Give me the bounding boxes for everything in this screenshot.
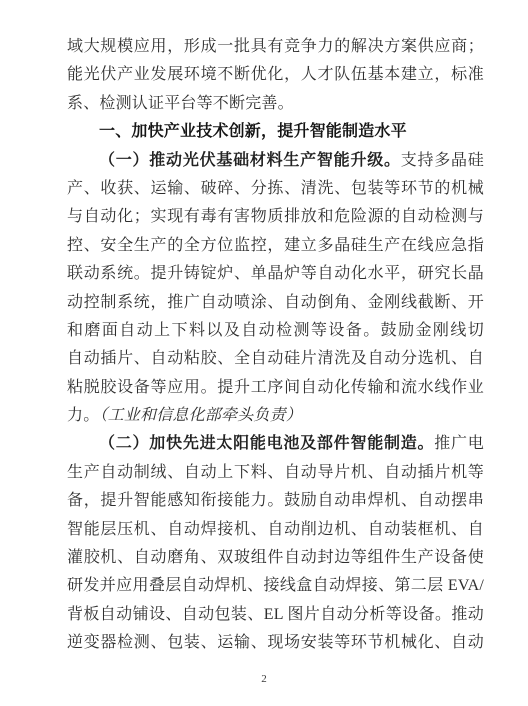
item-lead-sentence: （二）加快先进太阳能电池及部件智能制造。 <box>99 435 434 452</box>
page-number: 2 <box>0 672 528 686</box>
body-text: 能光伏产业发展环境不断优化，人才队伍基本建立，标准体 <box>67 66 484 89</box>
body-text: 与自动化；实现有毒有害物质排放和危险源的自动检测与监 <box>67 208 484 231</box>
text-line: 智能层压机、自动焊接机、自动削边机、自动装框机、自动 <box>67 516 484 544</box>
body-text: 研发并应用叠层自动焊机、接线盒自动焊接、第二层 EVA/ <box>67 577 484 594</box>
body-text: 粘脱胶设备等应用。提升工序间自动化传输和流水线作业能 <box>67 379 484 402</box>
body-text: 灌胶机、自动磨角、双玻组件自动封边等组件生产设备使用； <box>67 549 484 572</box>
text-line: 自动插片、自动粘胶、全自动硅片清洗及自动分选机、自动 <box>67 345 484 373</box>
item-lead-sentence: （一）推动光伏基础材料生产智能升级。 <box>99 152 401 169</box>
body-text: 背板自动铺设、自动包装、EL 图片自动分析等设备。推动 <box>67 606 484 623</box>
body-text: 生产自动制绒、自动上下料、自动导片机、自动插片机等设 <box>67 464 484 487</box>
body-text: 产、收获、运输、破碎、分拣、清洗、包装等环节的机械化 <box>67 180 484 203</box>
body-text: 备，提升智能感知衔接能力。鼓励自动串焊机、自动摆串机、 <box>67 492 484 515</box>
document-page: 域大规模应用，形成一批具有竞争力的解决方案供应商；智 能光伏产业发展环境不断优化… <box>0 0 528 706</box>
text-line: 域大规模应用，形成一批具有竞争力的解决方案供应商；智 <box>67 33 484 61</box>
text-line: 动控制系统，推广自动喷涂、自动倒角、金刚线截断、开方 <box>67 289 484 317</box>
text-line: 背板自动铺设、自动包装、EL 图片自动分析等设备。推动 <box>67 601 484 629</box>
body-text: 控、安全生产的全方位监控，建立多晶硅生产在线应急指挥 <box>67 237 484 260</box>
text-line: 备，提升智能感知衔接能力。鼓励自动串焊机、自动摆串机、 <box>67 487 484 515</box>
text-line: 产、收获、运输、破碎、分拣、清洗、包装等环节的机械化 <box>67 175 484 203</box>
text-line: 控、安全生产的全方位监控，建立多晶硅生产在线应急指挥 <box>67 232 484 260</box>
body-text: 力。 <box>67 407 99 424</box>
text-line: 生产自动制绒、自动上下料、自动导片机、自动插片机等设 <box>67 459 484 487</box>
text-line: 灌胶机、自动磨角、双玻组件自动封边等组件生产设备使用； <box>67 544 484 572</box>
body-text: 智能层压机、自动焊接机、自动削边机、自动装框机、自动 <box>67 521 484 544</box>
text-line: 和磨面自动上下料以及自动检测等设备。鼓励金刚线切割、 <box>67 317 484 345</box>
text-line: （二）加快先进太阳能电池及部件智能制造。推广电池 <box>67 430 484 458</box>
body-text: 逆变器检测、包装、运输、现场安装等环节机械化、自动化 <box>67 634 484 657</box>
body-text: 自动插片、自动粘胶、全自动硅片清洗及自动分选机、自动 <box>67 350 484 373</box>
text-line: 逆变器检测、包装、运输、现场安装等环节机械化、自动化 <box>67 629 484 657</box>
document-text-block: 域大规模应用，形成一批具有竞争力的解决方案供应商；智 能光伏产业发展环境不断优化… <box>67 33 484 658</box>
body-text: 和磨面自动上下料以及自动检测等设备。鼓励金刚线切割、 <box>67 322 484 345</box>
responsible-department-note: （工业和信息化部牵头负责） <box>99 407 302 424</box>
body-text: 域大规模应用，形成一批具有竞争力的解决方案供应商；智 <box>67 38 484 61</box>
text-line: 能光伏产业发展环境不断优化，人才队伍基本建立，标准体 <box>67 61 484 89</box>
text-line: 研发并应用叠层自动焊机、接线盒自动焊接、第二层 EVA/ <box>67 572 484 600</box>
section-heading-text: 一、加快产业技术创新，提升智能制造水平 <box>99 123 407 140</box>
text-line: 系、检测认证平台等不断完善。 <box>67 90 484 118</box>
text-line: 联动系统。提升铸锭炉、单晶炉等自动化水平，研究长晶自 <box>67 260 484 288</box>
body-text: 联动系统。提升铸锭炉、单晶炉等自动化水平，研究长晶自 <box>67 265 484 288</box>
text-line: （一）推动光伏基础材料生产智能升级。支持多晶硅生 <box>67 147 484 175</box>
text-line: 粘脱胶设备等应用。提升工序间自动化传输和流水线作业能 <box>67 374 484 402</box>
body-text: 系、检测认证平台等不断完善。 <box>67 95 294 112</box>
text-line: 力。（工业和信息化部牵头负责） <box>67 402 484 430</box>
text-line: 与自动化；实现有毒有害物质排放和危险源的自动检测与监 <box>67 203 484 231</box>
section-heading: 一、加快产业技术创新，提升智能制造水平 <box>67 118 484 146</box>
body-text: 动控制系统，推广自动喷涂、自动倒角、金刚线截断、开方 <box>67 294 484 317</box>
